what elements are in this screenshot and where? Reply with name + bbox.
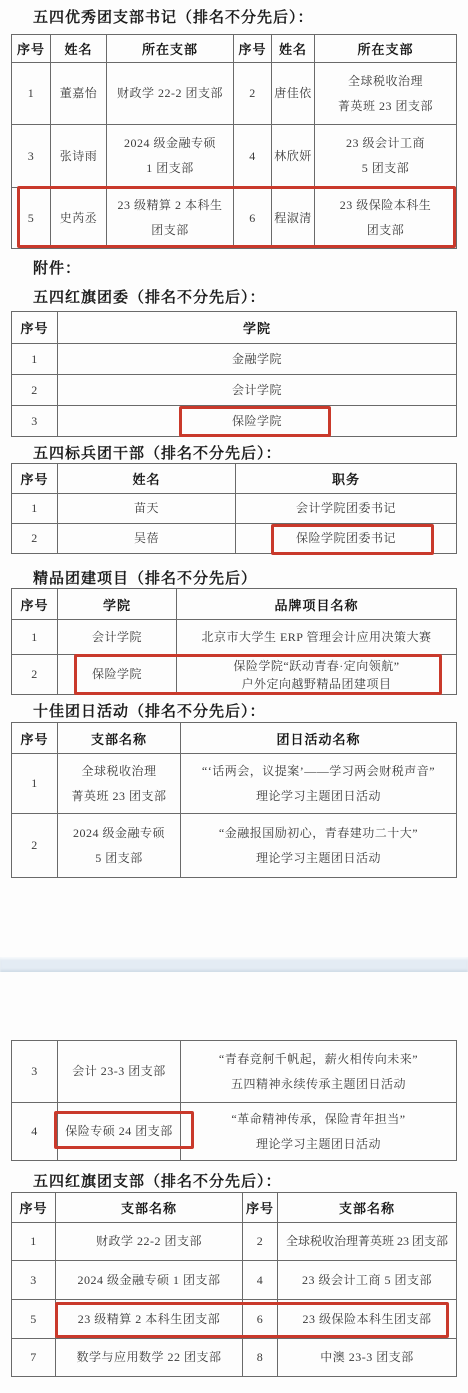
cell-branch: 2024 级金融专硕 1 团支部 xyxy=(56,1261,243,1300)
col-header-position: 职务 xyxy=(236,464,457,494)
cell-index: 1 xyxy=(12,1223,56,1261)
table-row: 3 会计 23-3 团支部 “青春竞舸千帆起，薪火相传向未来” 五四精神永续传承… xyxy=(12,1041,457,1103)
cell-activity: “革命精神传承，保险青年担当” 理论学习主题团日活动 xyxy=(181,1103,457,1161)
cell-index: 3 xyxy=(12,406,58,437)
col-header-college: 学院 xyxy=(58,589,177,620)
section-title-red-flag-branches: 五四红旗团支部（排名不分先后）： xyxy=(33,1170,282,1191)
col-header-branch: 所在支部 xyxy=(315,35,457,63)
cell-index: 2 xyxy=(234,63,272,125)
cell-index: 3 xyxy=(12,125,51,188)
cell-college: 金融学院 xyxy=(58,344,457,375)
table-header-row: 序号 支部名称 序号 支部名称 xyxy=(12,1193,457,1223)
col-header-branch: 支部名称 xyxy=(278,1193,457,1223)
cell-index: 4 xyxy=(234,125,272,188)
cell-college: 保险学院 xyxy=(58,406,457,437)
col-header-activity: 团日活动名称 xyxy=(181,723,457,754)
cell-college: 会计学院 xyxy=(58,375,457,406)
col-header-index: 序号 xyxy=(12,312,58,344)
cell-college: 会计学院 xyxy=(58,620,177,655)
cell-index: 1 xyxy=(12,63,51,125)
table-red-flag-branches: 序号 支部名称 序号 支部名称 1 财政学 22-2 团支部 2 全球税收治理菁… xyxy=(11,1192,457,1377)
cell-index: 2 xyxy=(243,1223,278,1261)
cell-branch: 财政学 22-2 团支部 xyxy=(56,1223,243,1261)
table-excellent-secretaries: 序号 姓名 所在支部 序号 姓名 所在支部 1 董嘉怡 财政学 22-2 团支部… xyxy=(11,34,457,249)
table-row: 3 2024 级金融专硕 1 团支部 4 23 级会计工商 5 团支部 xyxy=(12,1261,457,1300)
cell-index: 1 xyxy=(12,754,58,814)
cell-branch: 2024 级金融专硕 1 团支部 xyxy=(107,125,234,188)
table-row-highlighted: 5 史芮丞 23 级精算 2 本科生 团支部 6 程淑清 23 级保险本科生 团… xyxy=(12,188,457,249)
cell-branch: 中澳 23-3 团支部 xyxy=(278,1339,457,1377)
section-title-excellent-secretaries: 五四优秀团支部书记（排名不分先后）： xyxy=(33,6,314,27)
col-header-project: 品牌项目名称 xyxy=(177,589,457,620)
table-row: 1 财政学 22-2 团支部 2 全球税收治理菁英班 23 团支部 xyxy=(12,1223,457,1261)
col-header-branch: 支部名称 xyxy=(58,723,181,754)
cell-branch: 23 级精算 2 本科生团支部 xyxy=(56,1300,243,1339)
cell-project: 保险学院“跃动青春·定向领航” 户外定向越野精品团建项目 xyxy=(177,655,457,695)
cell-index: 1 xyxy=(12,344,58,375)
table-header-row: 序号 学院 xyxy=(12,312,457,344)
cell-index: 3 xyxy=(12,1261,56,1300)
table-header-row: 序号 学院 品牌项目名称 xyxy=(12,589,457,620)
col-header-index: 序号 xyxy=(12,1193,56,1223)
col-header-branch: 支部名称 xyxy=(56,1193,243,1223)
table-row-highlighted: 3 保险学院 xyxy=(12,406,457,437)
col-header-index: 序号 xyxy=(234,35,272,63)
cell-branch: 23 级保险本科生 团支部 xyxy=(315,188,457,249)
cell-branch: 23 级精算 2 本科生 团支部 xyxy=(107,188,234,249)
cell-index: 6 xyxy=(243,1300,278,1339)
table-row-highlighted: 2 保险学院 保险学院“跃动青春·定向领航” 户外定向越野精品团建项目 xyxy=(12,655,457,695)
cell-position: 保险学院团委书记 xyxy=(236,524,457,554)
table-row-highlighted: 5 23 级精算 2 本科生团支部 6 23 级保险本科生团支部 xyxy=(12,1300,457,1339)
table-header-row: 序号 姓名 职务 xyxy=(12,464,457,494)
col-header-index: 序号 xyxy=(12,35,51,63)
cell-branch: 财政学 22-2 团支部 xyxy=(107,63,234,125)
attachment-label: 附件： xyxy=(33,257,81,278)
page-break-divider xyxy=(0,957,468,972)
document-page: { "colors": { "highlight_red": "#c9392b"… xyxy=(0,0,468,1393)
cell-index: 6 xyxy=(234,188,272,249)
table-row: 1 苗天 会计学院团委书记 xyxy=(12,494,457,524)
table-row-highlighted: 2 吴蓓 保险学院团委书记 xyxy=(12,524,457,554)
cell-activity: “‘话两会，议提案’——学习两会财税声音” 理论学习主题团日活动 xyxy=(181,754,457,814)
cell-branch: 保险专硕 24 团支部 xyxy=(58,1103,181,1161)
cell-branch: 数学与应用数学 22 团支部 xyxy=(56,1339,243,1377)
cell-index: 5 xyxy=(12,188,51,249)
table-header-row: 序号 支部名称 团日活动名称 xyxy=(12,723,457,754)
table-row: 2 会计学院 xyxy=(12,375,457,406)
table-row-highlighted: 4 保险专硕 24 团支部 “革命精神传承，保险青年担当” 理论学习主题团日活动 xyxy=(12,1103,457,1161)
col-header-name: 姓名 xyxy=(51,35,107,63)
col-header-index: 序号 xyxy=(12,464,58,494)
table-row: 1 会计学院 北京市大学生 ERP 管理会计应用决策大赛 xyxy=(12,620,457,655)
cell-index: 4 xyxy=(12,1103,58,1161)
table-row: 7 数学与应用数学 22 团支部 8 中澳 23-3 团支部 xyxy=(12,1339,457,1377)
table-row: 1 金融学院 xyxy=(12,344,457,375)
table-row: 3 张诗雨 2024 级金融专硕 1 团支部 4 林欣妍 23 级会计工商 5 … xyxy=(12,125,457,188)
cell-branch: 全球税收治理菁英班 23 团支部 xyxy=(278,1223,457,1261)
col-header-index: 序号 xyxy=(12,589,58,620)
cell-name: 林欣妍 xyxy=(272,125,315,188)
cell-branch: 2024 级金融专硕 5 团支部 xyxy=(58,814,181,878)
cell-index: 1 xyxy=(12,494,58,524)
cell-name: 董嘉怡 xyxy=(51,63,107,125)
cell-branch: 全球税收治理 菁英班 23 团支部 xyxy=(315,63,457,125)
cell-name: 唐佳依 xyxy=(272,63,315,125)
cell-index: 3 xyxy=(12,1041,58,1103)
cell-name: 吴蓓 xyxy=(58,524,236,554)
table-quality-projects: 序号 学院 品牌项目名称 1 会计学院 北京市大学生 ERP 管理会计应用决策大… xyxy=(11,588,457,695)
cell-index: 2 xyxy=(12,655,58,695)
table-red-flag-committees: 序号 学院 1 金融学院 2 会计学院 3 保险学院 xyxy=(11,311,457,437)
table-top10-activities-continued: 3 会计 23-3 团支部 “青春竞舸千帆起，薪火相传向未来” 五四精神永续传承… xyxy=(11,1040,457,1161)
cell-name: 张诗雨 xyxy=(51,125,107,188)
cell-branch: 23 级保险本科生团支部 xyxy=(278,1300,457,1339)
table-model-cadres: 序号 姓名 职务 1 苗天 会计学院团委书记 2 吴蓓 保险学院团委书记 xyxy=(11,463,457,554)
table-row: 1 全球税收治理 菁英班 23 团支部 “‘话两会，议提案’——学习两会财税声音… xyxy=(12,754,457,814)
cell-branch: 全球税收治理 菁英班 23 团支部 xyxy=(58,754,181,814)
col-header-index: 序号 xyxy=(243,1193,278,1223)
section-title-model-cadres: 五四标兵团干部（排名不分先后）： xyxy=(33,442,282,463)
cell-name: 史芮丞 xyxy=(51,188,107,249)
cell-branch: 23 级会计工商 5 团支部 xyxy=(315,125,457,188)
cell-name: 苗天 xyxy=(58,494,236,524)
cell-project: 北京市大学生 ERP 管理会计应用决策大赛 xyxy=(177,620,457,655)
cell-activity: “青春竞舸千帆起，薪火相传向未来” 五四精神永续传承主题团日活动 xyxy=(181,1041,457,1103)
section-title-quality-projects: 精品团建项目（排名不分先后） xyxy=(33,567,257,588)
cell-index: 2 xyxy=(12,814,58,878)
table-row: 1 董嘉怡 财政学 22-2 团支部 2 唐佳依 全球税收治理 菁英班 23 团… xyxy=(12,63,457,125)
cell-branch: 会计 23-3 团支部 xyxy=(58,1041,181,1103)
col-header-college: 学院 xyxy=(58,312,457,344)
cell-branch: 23 级会计工商 5 团支部 xyxy=(278,1261,457,1300)
table-header-row: 序号 姓名 所在支部 序号 姓名 所在支部 xyxy=(12,35,457,63)
cell-college: 保险学院 xyxy=(58,655,177,695)
cell-activity: “金融报国励初心，青春建功二十大” 理论学习主题团日活动 xyxy=(181,814,457,878)
cell-index: 1 xyxy=(12,620,58,655)
cell-index: 7 xyxy=(12,1339,56,1377)
col-header-branch: 所在支部 xyxy=(107,35,234,63)
cell-index: 5 xyxy=(12,1300,56,1339)
col-header-index: 序号 xyxy=(12,723,58,754)
cell-index: 4 xyxy=(243,1261,278,1300)
col-header-name: 姓名 xyxy=(58,464,236,494)
cell-index: 2 xyxy=(12,375,58,406)
table-row: 2 2024 级金融专硕 5 团支部 “金融报国励初心，青春建功二十大” 理论学… xyxy=(12,814,457,878)
section-title-top10-activities: 十佳团日活动（排名不分先后）： xyxy=(33,700,266,721)
cell-index: 2 xyxy=(12,524,58,554)
cell-name: 程淑清 xyxy=(272,188,315,249)
table-top10-activities: 序号 支部名称 团日活动名称 1 全球税收治理 菁英班 23 团支部 “‘话两会… xyxy=(11,722,457,878)
section-title-red-flag-committees: 五四红旗团委（排名不分先后）： xyxy=(33,286,266,307)
cell-position: 会计学院团委书记 xyxy=(236,494,457,524)
cell-index: 8 xyxy=(243,1339,278,1377)
col-header-name: 姓名 xyxy=(272,35,315,63)
